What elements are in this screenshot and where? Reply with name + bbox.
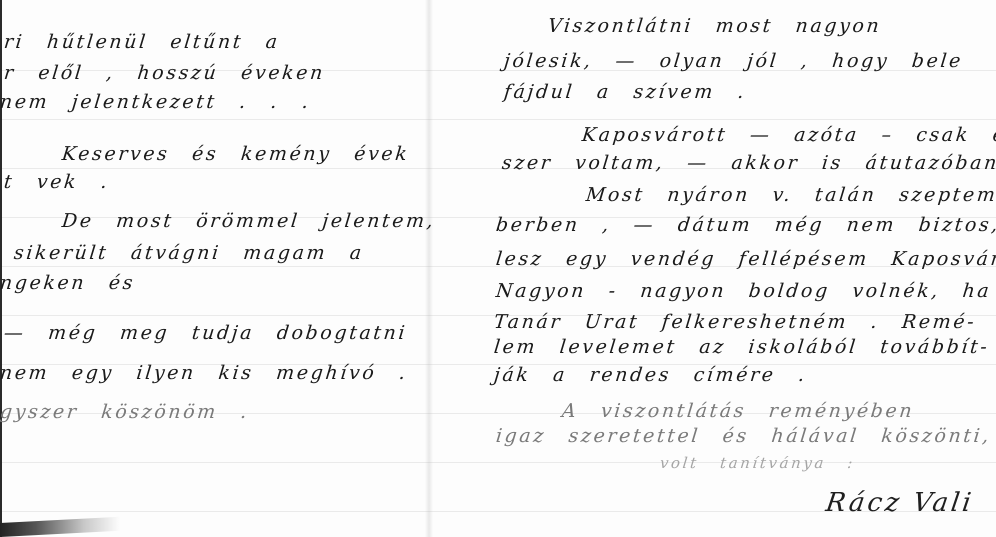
handwritten-line: ngeken és (0, 272, 136, 294)
handwritten-line: — még meg tudja dobogtatni (3, 322, 408, 344)
handwritten-line: volt tanítványa : (659, 454, 856, 472)
handwritten-line: De most örömmel jelentem, (61, 210, 437, 232)
handwritten-line: Viszontlátni most nagyon (547, 15, 883, 37)
signature: Rácz Vali (824, 488, 976, 518)
handwritten-line: igaz szeretettel és hálával köszönti, (495, 425, 992, 447)
handwritten-line: sikerült átvágni magam a (13, 242, 365, 264)
handwritten-line: szer voltam, — akkor is átutazóban. (501, 152, 996, 174)
handwritten-line: Nagyon - nagyon boldog volnék, ha (495, 280, 993, 302)
handwritten-line: lem levelemet az iskolából továbbít- (493, 336, 991, 358)
handwritten-line: ri hűtlenül eltűnt a (3, 31, 281, 53)
handwritten-line: gyszer köszönöm . (0, 401, 250, 423)
handwritten-line: berben , — dátum még nem biztos, — (495, 214, 996, 236)
handwritten-line: nem egy ilyen kis meghívó . (0, 362, 409, 384)
left-page: ri hűtlenül eltűnt a r elől , hosszú éve… (0, 0, 430, 537)
handwritten-line: Kaposvárott — azóta – csak egy- (581, 124, 996, 146)
handwritten-line: t vek . (3, 171, 111, 193)
handwritten-line: Keserves és kemény évek (61, 143, 411, 165)
handwritten-line: Most nyáron v. talán szeptem- (585, 184, 996, 206)
handwritten-line: ják a rendes címére . (493, 364, 808, 386)
scanned-letter: ri hűtlenül eltűnt a r elől , hosszú éve… (0, 0, 996, 537)
handwritten-line: lesz egy vendég fellépésem Kaposvárott. (495, 248, 996, 270)
handwritten-line: A viszontlátás reményében (561, 400, 916, 422)
handwritten-line: jólesik, — olyan jól , hogy bele (503, 50, 964, 72)
handwritten-line: fájdul a szívem . (503, 81, 748, 103)
handwritten-line: r elől , hosszú éveken (3, 62, 326, 84)
handwritten-line: nem jelentkezett . . . (0, 91, 312, 113)
handwritten-line: Tanár Urat felkereshetném . Remé- (493, 311, 978, 333)
right-page: Viszontlátni most nagyon jólesik, — olya… (500, 0, 996, 537)
